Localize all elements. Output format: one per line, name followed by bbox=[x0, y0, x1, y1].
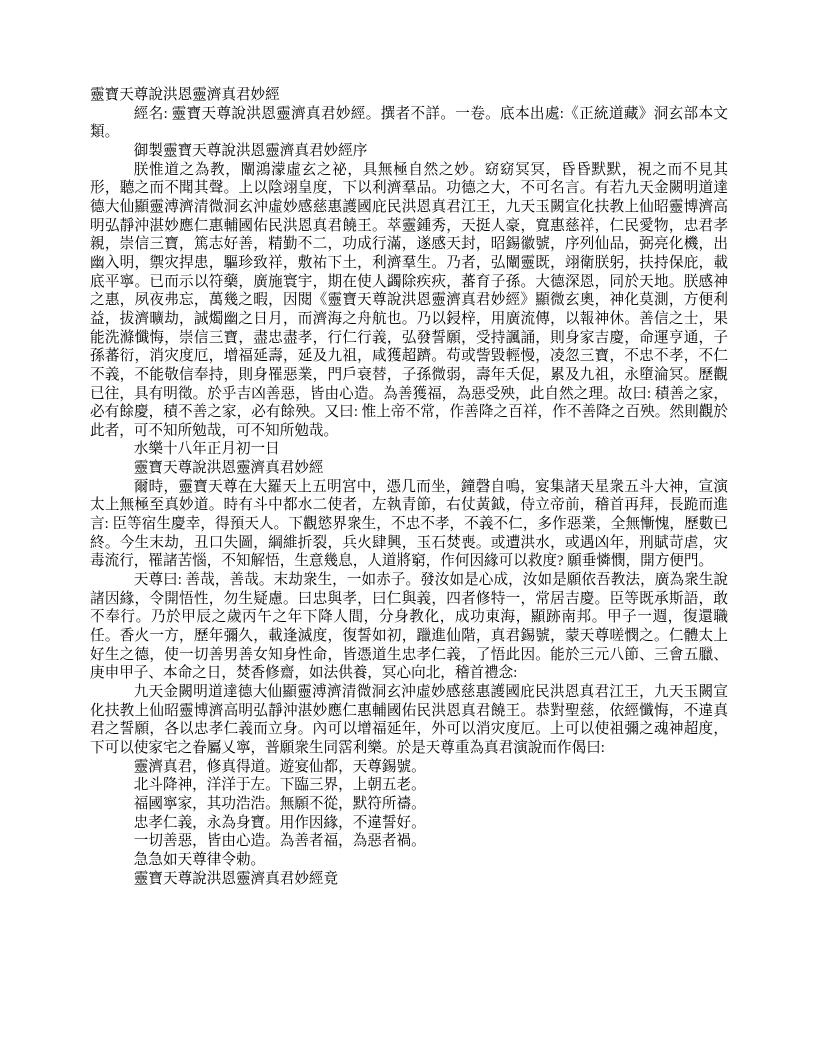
closing-incantation-line: 急急如天尊律令勅。 bbox=[90, 851, 728, 870]
doc-title-line: 靈寶天尊說洪恩靈濟真君妙經 bbox=[90, 86, 728, 105]
verse-line-3: 福國寧家，其功浩浩。無願不從，默符所禱。 bbox=[90, 795, 728, 814]
verse-line-4: 忠孝仁義，永為身寶。用作因緣，不違誓好。 bbox=[90, 814, 728, 833]
scripture-paragraph-2: 天尊曰: 善哉，善哉。末劫衆生，一如赤子。發汝如是心成，汝如是願依吾教法，廣為衆… bbox=[90, 571, 728, 683]
scripture-title-line: 靈寶天尊說洪恩靈濟真君妙經 bbox=[90, 459, 728, 478]
verse-line-2: 北斗降神，洋洋于左。下臨三界，上朝五老。 bbox=[90, 776, 728, 795]
scripture-paragraph-3: 九天金闕明道達德大仙顯靈溥濟清微洞玄沖虛妙感慈惠護國庇民洪恩真君江王，九天玉闕宣… bbox=[90, 683, 728, 758]
document-page: 靈寶天尊說洪恩靈濟真君妙經 經名: 靈寶天尊說洪恩靈濟真君妙經。撰者不詳。一卷。… bbox=[0, 0, 816, 1056]
document-content: 靈寶天尊說洪恩靈濟真君妙經 經名: 靈寶天尊說洪恩靈濟真君妙經。撰者不詳。一卷。… bbox=[90, 86, 728, 888]
scripture-paragraph-1: 爾時，靈寶天尊在大羅天上五明宮中，憑几而坐，鐘磬自鳴，宴集諸天星衆五斗大神，宣演… bbox=[90, 478, 728, 571]
date-line: 水樂十八年正月初一日 bbox=[90, 440, 728, 459]
verse-line-5: 一切善惡，皆由心造。為善者福，為惡者禍。 bbox=[90, 832, 728, 851]
end-title-line: 靈寶天尊說洪恩靈濟真君妙經竟 bbox=[90, 870, 728, 889]
verse-line-1: 靈濟真君，修真得道。遊宴仙都，天尊錫號。 bbox=[90, 758, 728, 777]
preface-title-line: 御製靈寶天尊說洪恩靈濟真君妙經序 bbox=[90, 142, 728, 161]
meta-paragraph: 經名: 靈寶天尊說洪恩靈濟真君妙經。撰者不詳。一卷。底本出處:《正統道藏》洞玄部… bbox=[90, 105, 728, 142]
preface-paragraph: 朕惟道之為教，闡鴻濛虛玄之祕，具無極自然之妙。窈窈冥冥，昏昏默默，視之而不見其形… bbox=[90, 161, 728, 441]
